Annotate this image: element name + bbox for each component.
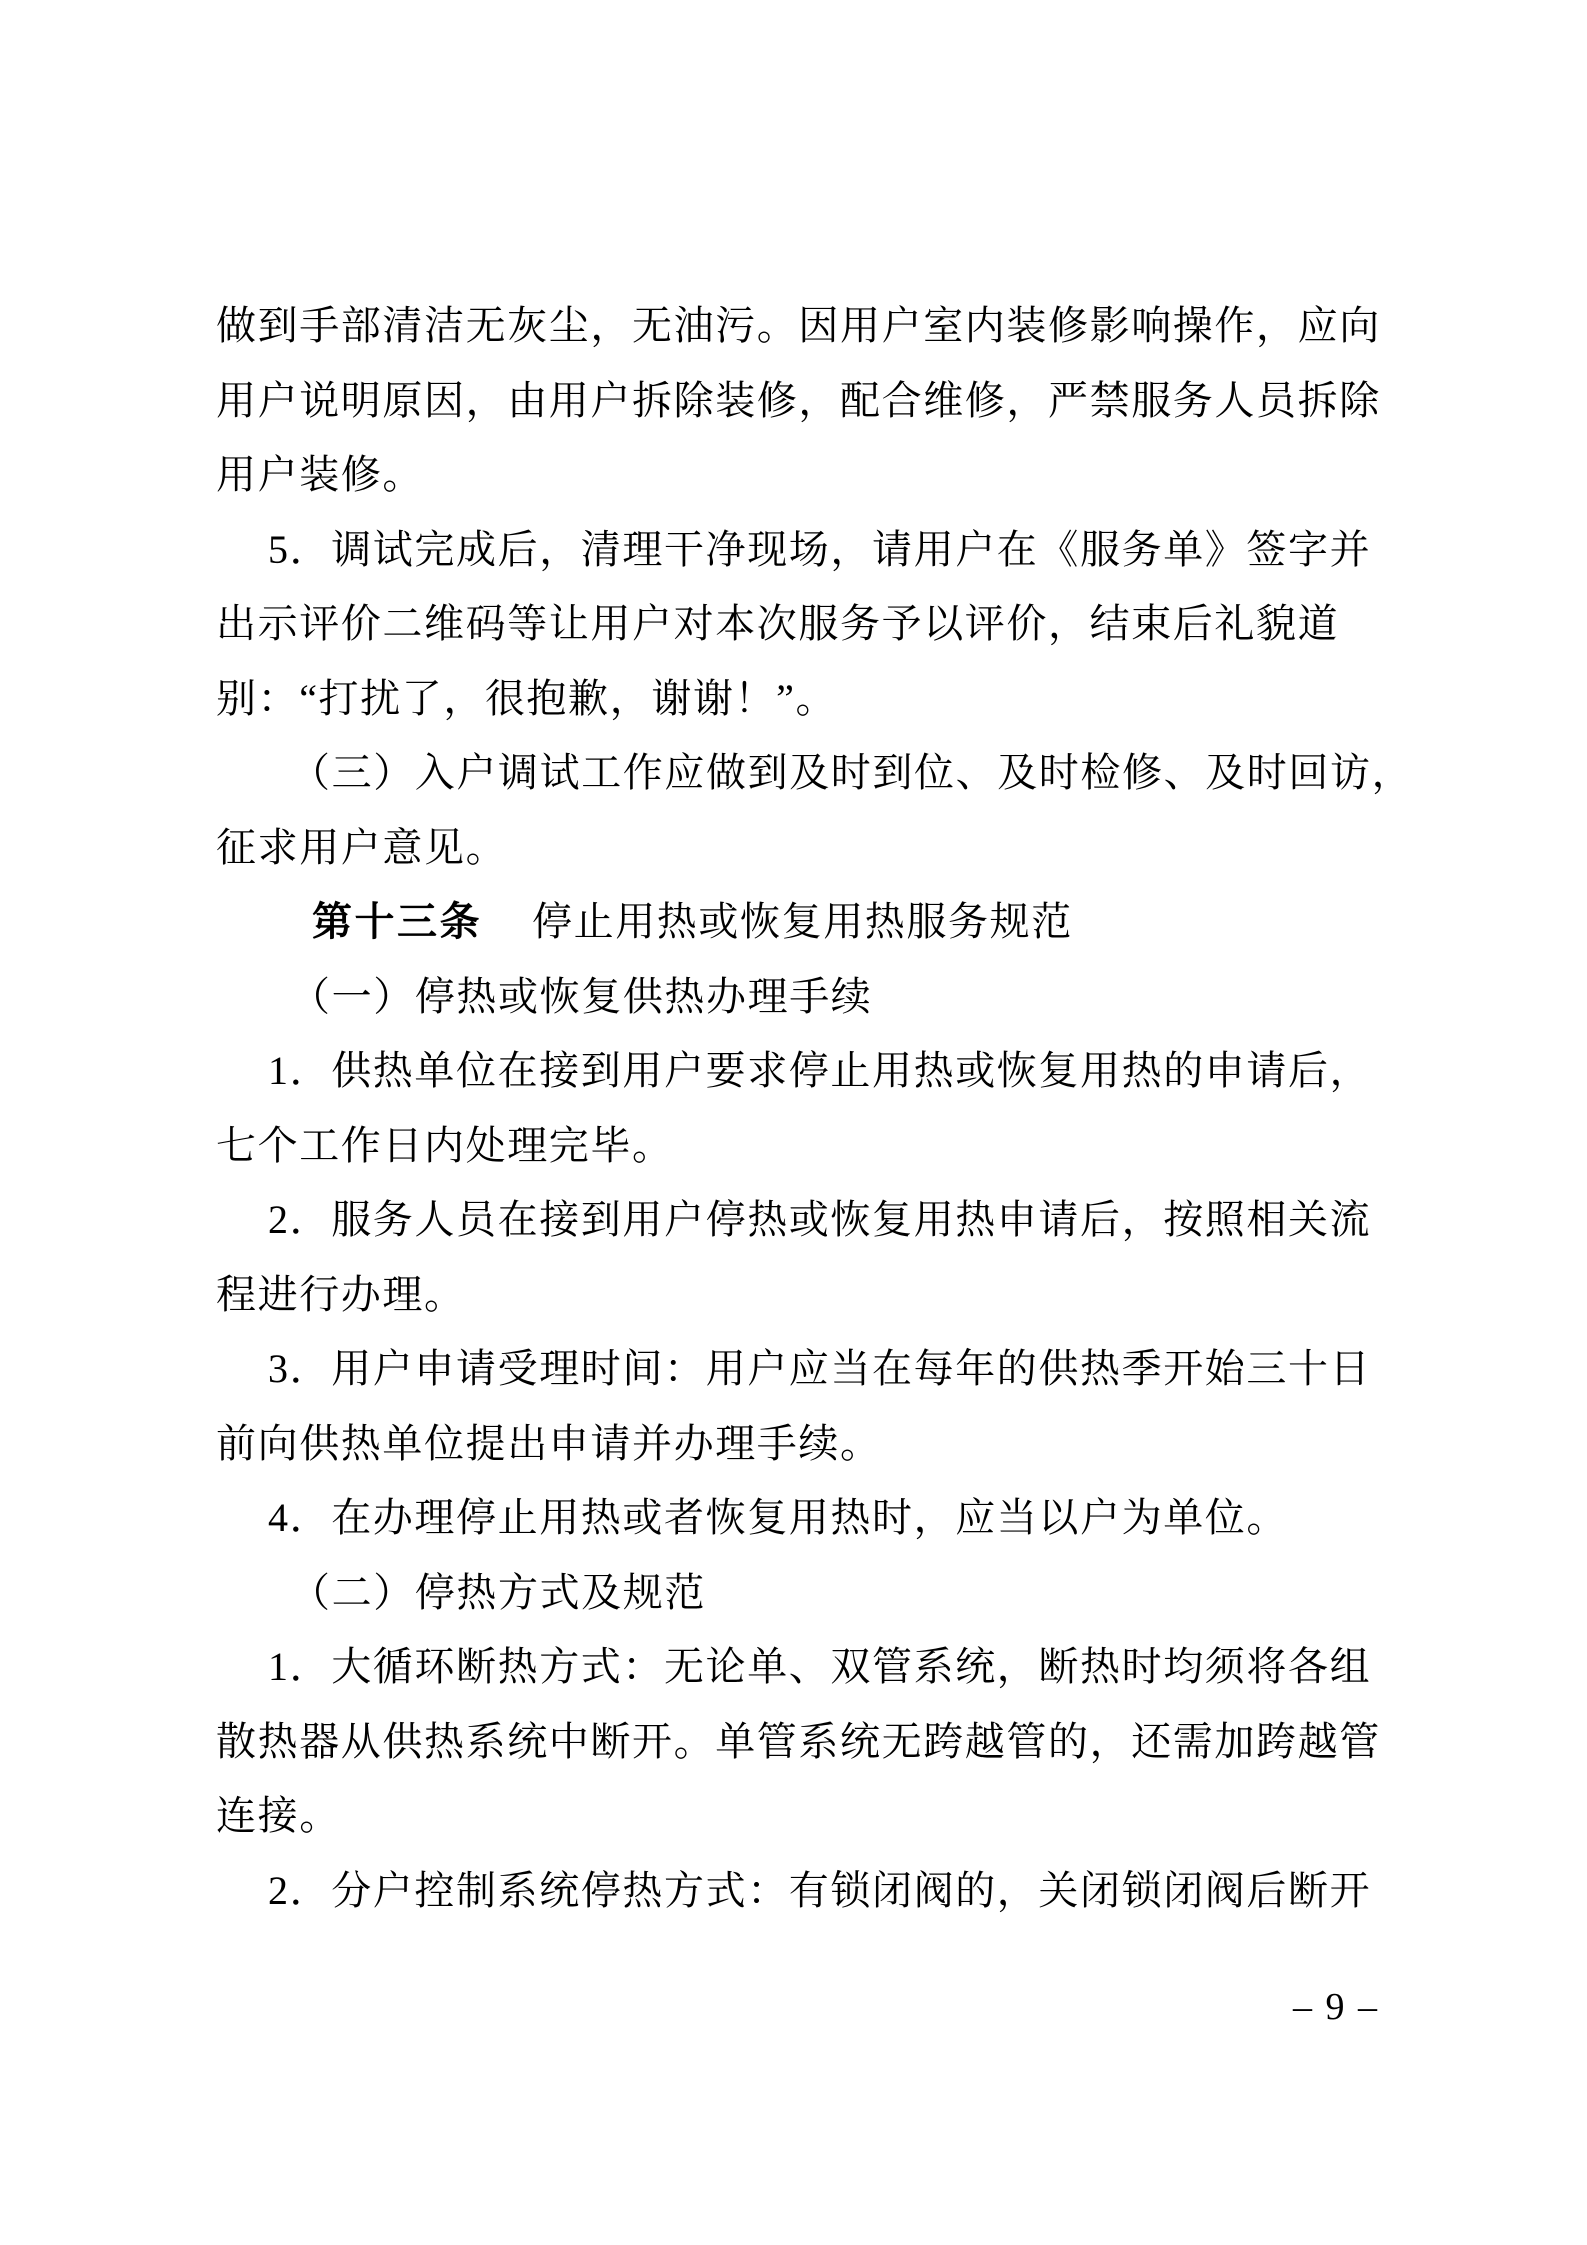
text-line: 出示评价二维码等让用户对本次服务予以评价，结束后礼貌道 — [216, 587, 1401, 662]
text-line-section-1: （一）停热或恢复供热办理手续 — [216, 960, 1401, 1035]
body-text: 做到手部清洁无灰尘，无油污。因用户室内装修影响操作，应向 用户说明原因，由用户拆… — [216, 289, 1401, 1928]
text-line: 别：“打扰了，很抱歉，谢谢！”。 — [216, 662, 1401, 737]
text-line-item-2b: 2．分户控制系统停热方式：有锁闭阀的，关闭锁闭阀后断开 — [216, 1854, 1401, 1929]
text-line: 用户说明原因，由用户拆除装修，配合维修，严禁服务人员拆除 — [216, 364, 1401, 439]
article-heading: 第十三条停止用热或恢复用热服务规范 — [216, 885, 1401, 960]
text-line: 用户装修。 — [216, 438, 1401, 513]
article-number: 第十三条 — [312, 900, 482, 944]
text-line-item-1b: 1．大循环断热方式：无论单、双管系统，断热时均须将各组 — [216, 1630, 1401, 1705]
page-number: – 9 – — [1293, 1983, 1403, 2031]
text-line: 连接。 — [216, 1779, 1401, 1854]
text-line-section-3: （三）入户调试工作应做到及时到位、及时检修、及时回访， — [216, 736, 1401, 811]
text-line: 做到手部清洁无灰尘，无油污。因用户室内装修影响操作，应向 — [216, 289, 1401, 364]
text-line-item-1: 1．供热单位在接到用户要求停止用热或恢复用热的申请后， — [216, 1034, 1401, 1109]
text-line: 七个工作日内处理完毕。 — [216, 1109, 1401, 1184]
text-line-item-4: 4．在办理停止用热或者恢复用热时，应当以户为单位。 — [216, 1481, 1401, 1556]
text-line: 征求用户意见。 — [216, 811, 1401, 886]
text-line: 前向供热单位提出申请并办理手续。 — [216, 1407, 1401, 1482]
article-title: 停止用热或恢复用热服务规范 — [532, 899, 1073, 944]
text-line-section-2: （二）停热方式及规范 — [216, 1556, 1401, 1631]
text-line-item-2: 2．服务人员在接到用户停热或恢复用热申请后，按照相关流 — [216, 1183, 1401, 1258]
text-line-item-3: 3．用户申请受理时间：用户应当在每年的供热季开始三十日 — [216, 1332, 1401, 1407]
document-page: 做到手部清洁无灰尘，无油污。因用户室内装修影响操作，应向 用户说明原因，由用户拆… — [0, 0, 1587, 2245]
text-line: 散热器从供热系统中断开。单管系统无跨越管的，还需加跨越管 — [216, 1705, 1401, 1780]
text-line: 程进行办理。 — [216, 1258, 1401, 1333]
text-line-item-5: 5．调试完成后，清理干净现场，请用户在《服务单》签字并 — [216, 513, 1401, 588]
